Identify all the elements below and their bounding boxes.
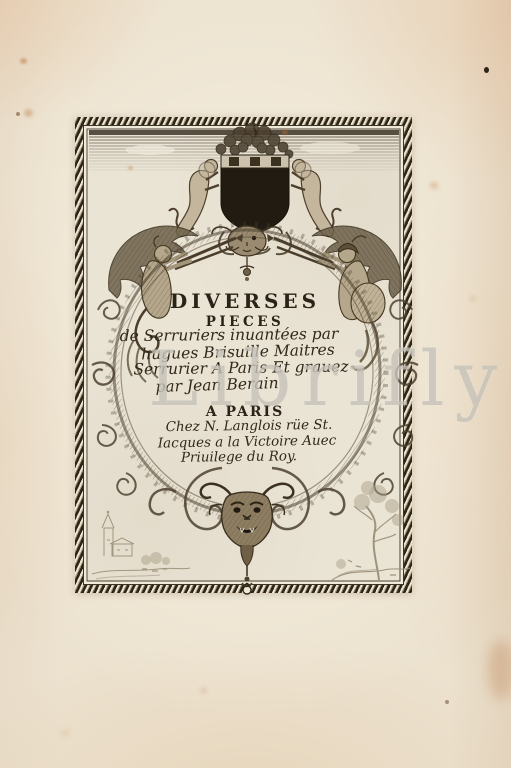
foxing-spot — [20, 58, 27, 64]
foxing-spot — [24, 109, 33, 117]
foxing-spot — [430, 182, 438, 189]
imprint-line: Priuilege du Roy. — [69, 448, 409, 468]
foxing-stain — [488, 640, 511, 700]
foxing-spot — [470, 296, 476, 301]
imprint-block: Chez N. Langlois rüe St. Iacques a la Vi… — [75, 419, 415, 466]
foxing-spot — [60, 730, 70, 736]
foxing-spot — [445, 700, 449, 704]
foxing-spot — [16, 112, 20, 116]
ink-speck — [484, 67, 489, 73]
script-text-block: de Serruriers inuantées par hugues Brisu… — [75, 327, 415, 393]
plate-title: DIVERSES — [75, 289, 415, 313]
foxing-spot — [200, 688, 207, 693]
